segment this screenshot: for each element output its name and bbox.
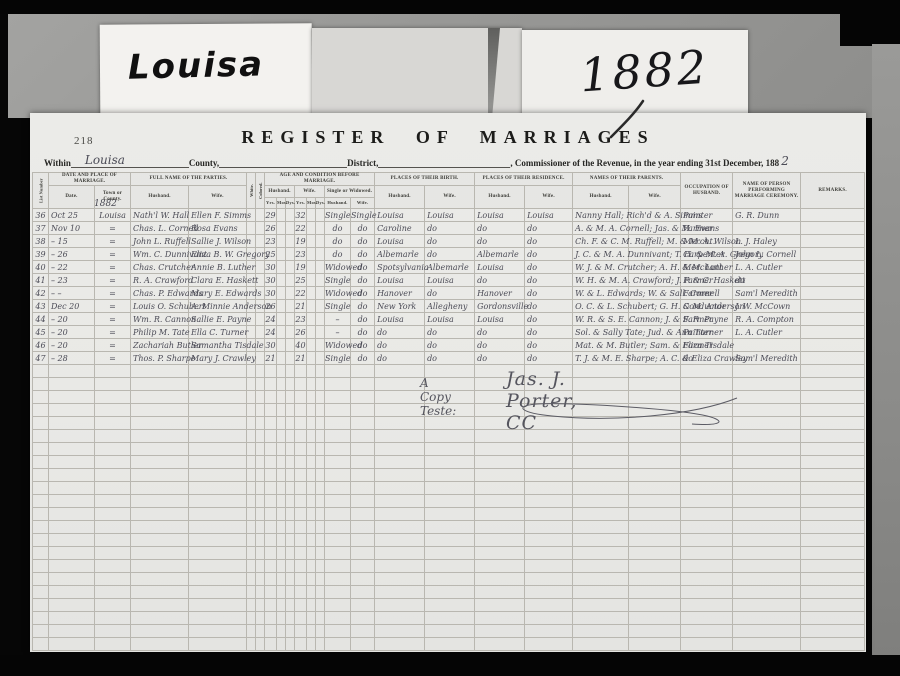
wife-age-dys [316, 274, 325, 287]
empty-cell [681, 534, 733, 547]
table-row: 44– 20=Wm. R. CannonSallie E. Payne2423–… [33, 313, 865, 326]
empty-cell [33, 365, 49, 378]
empty-cell [286, 378, 295, 391]
empty-cell [256, 469, 265, 482]
empty-row [33, 638, 865, 651]
empty-cell [801, 456, 865, 469]
col-birth-husband: Husband. [375, 186, 425, 209]
empty-cell [49, 443, 95, 456]
empty-cell [316, 482, 325, 495]
empty-row [33, 443, 865, 456]
empty-cell [801, 430, 865, 443]
empty-cell [265, 391, 277, 404]
empty-cell [525, 638, 573, 651]
empty-cell [33, 495, 49, 508]
empty-cell [573, 586, 629, 599]
empty-cell [286, 417, 295, 430]
minister-name: R. A. Compton [733, 313, 801, 326]
empty-cell [425, 612, 475, 625]
empty-cell [286, 391, 295, 404]
empty-cell [316, 469, 325, 482]
empty-cell [801, 534, 865, 547]
empty-cell [733, 456, 801, 469]
wife-age-yrs: 22 [295, 287, 307, 300]
empty-cell [351, 482, 375, 495]
empty-cell [131, 404, 189, 417]
empty-cell [307, 534, 316, 547]
empty-cell [265, 599, 277, 612]
empty-cell [681, 599, 733, 612]
empty-cell [801, 378, 865, 391]
empty-cell [801, 417, 865, 430]
wife-residence: do [525, 287, 573, 300]
col-occupation: OCCUPATION OF HUSBAND. [681, 173, 733, 209]
empty-cell [49, 586, 95, 599]
within-label: Within [44, 158, 71, 168]
empty-cell [316, 560, 325, 573]
husband-occupation: Farmer [681, 287, 733, 300]
film-bottom-border [0, 655, 900, 676]
husband-birthplace: New York [375, 300, 425, 313]
empty-cell [801, 612, 865, 625]
minister-name: Sam'l Meredith [733, 287, 801, 300]
husband-condition: do [325, 248, 351, 261]
empty-cell [295, 573, 307, 586]
empty-cell [801, 365, 865, 378]
empty-cell [351, 534, 375, 547]
empty-cell [277, 378, 286, 391]
empty-row [33, 560, 865, 573]
row-number: 45 [33, 326, 49, 339]
empty-cell [256, 417, 265, 430]
empty-cell [256, 495, 265, 508]
empty-cell [247, 482, 256, 495]
film-right-edge [872, 44, 900, 656]
husband-age-dys [286, 235, 295, 248]
empty-cell [525, 456, 573, 469]
col-sw-wife: Wife. [351, 198, 375, 209]
husband-residence: do [475, 274, 525, 287]
empty-cell [325, 391, 351, 404]
husband-name: Chas. L. Cornell [131, 222, 189, 235]
empty-cell [33, 573, 49, 586]
empty-cell [95, 599, 131, 612]
husband-name: Thos. P. Sharpe [131, 352, 189, 365]
empty-cell [525, 625, 573, 638]
empty-cell [375, 560, 425, 573]
husband-name: Louis O. Schubert [131, 300, 189, 313]
marriage-date: – 26 [49, 248, 95, 261]
county-label: County, [189, 158, 219, 168]
empty-cell [425, 417, 475, 430]
remarks [801, 222, 865, 235]
empty-cell [681, 586, 733, 599]
empty-cell [425, 482, 475, 495]
husband-condition: – [325, 326, 351, 339]
husband-condition: Single [325, 352, 351, 365]
empty-cell [629, 599, 681, 612]
empty-cell [256, 443, 265, 456]
year-label-text: 1882 [578, 40, 711, 103]
empty-cell [49, 391, 95, 404]
husband-age-yrs: 24 [265, 326, 277, 339]
empty-cell [351, 612, 375, 625]
husband-age-mos [277, 300, 286, 313]
empty-cell [629, 534, 681, 547]
empty-cell [375, 625, 425, 638]
empty-cell [189, 495, 247, 508]
empty-cell [475, 625, 525, 638]
empty-cell [316, 625, 325, 638]
wife-condition: Single [351, 209, 375, 222]
colored-mark [256, 326, 265, 339]
empty-row [33, 625, 865, 638]
husband-birthplace: Louisa [375, 209, 425, 222]
empty-cell [49, 404, 95, 417]
wife-residence: do [525, 261, 573, 274]
empty-cell [265, 586, 277, 599]
parents-names: Sol. & Sally Tate; Jud. & Ann Turner [573, 326, 629, 339]
col-wife-name: Wife. [189, 186, 247, 209]
marriage-date: – – [49, 287, 95, 300]
husband-age-mos [277, 274, 286, 287]
empty-cell [307, 469, 316, 482]
husband-birthplace: do [375, 326, 425, 339]
wife-age-mos [307, 222, 316, 235]
empty-cell [277, 573, 286, 586]
husband-name: Wm. C. Dunnivant [131, 248, 189, 261]
empty-cell [573, 365, 629, 378]
husband-name: R. A. Crawford [131, 274, 189, 287]
empty-cell [307, 417, 316, 430]
empty-cell [286, 456, 295, 469]
empty-cell [256, 482, 265, 495]
empty-cell [351, 599, 375, 612]
husband-condition: Single [325, 209, 351, 222]
empty-cell [629, 482, 681, 495]
empty-cell [351, 456, 375, 469]
wife-residence: do [525, 274, 573, 287]
empty-cell [277, 612, 286, 625]
wife-age-mos [307, 313, 316, 326]
remarks [801, 339, 865, 352]
wife-name: Sallie E. Payne [189, 313, 247, 326]
empty-cell [681, 430, 733, 443]
empty-cell [265, 612, 277, 625]
empty-cell [573, 560, 629, 573]
remarks [801, 326, 865, 339]
wife-residence: do [525, 326, 573, 339]
empty-row [33, 547, 865, 560]
empty-cell [375, 547, 425, 560]
empty-cell [265, 404, 277, 417]
remarks [801, 261, 865, 274]
empty-row [33, 534, 865, 547]
wife-name: A. Minnie Anderson [189, 300, 247, 313]
empty-cell [247, 599, 256, 612]
husband-occupation: Painter [681, 326, 733, 339]
marriage-place: Louisa [95, 209, 131, 222]
empty-cell [256, 365, 265, 378]
empty-cell [475, 495, 525, 508]
empty-cell [325, 365, 351, 378]
wife-age-dys [316, 261, 325, 274]
row-number: 44 [33, 313, 49, 326]
county-blank: Louisa [71, 155, 189, 168]
wife-age-yrs: 23 [295, 248, 307, 261]
empty-cell [95, 638, 131, 651]
empty-cell [277, 404, 286, 417]
empty-cell [33, 404, 49, 417]
empty-cell [801, 560, 865, 573]
empty-cell [325, 456, 351, 469]
empty-cell [573, 443, 629, 456]
husband-age-dys [286, 313, 295, 326]
empty-cell [733, 417, 801, 430]
col-group-parents: NAMES OF THEIR PARENTS. [573, 173, 681, 186]
empty-cell [801, 547, 865, 560]
empty-cell [525, 482, 573, 495]
husband-name: John L. Ruffell [131, 235, 189, 248]
empty-cell [316, 573, 325, 586]
minister-name [733, 339, 801, 352]
empty-cell [316, 599, 325, 612]
husband-birthplace: Albemarle [375, 248, 425, 261]
empty-cell [189, 469, 247, 482]
empty-cell [573, 599, 629, 612]
minister-name: John L. Cornell [733, 248, 801, 261]
empty-cell [316, 443, 325, 456]
wife-age-mos [307, 287, 316, 300]
empty-cell [95, 547, 131, 560]
marriage-place: = [95, 248, 131, 261]
wife-age-yrs: 21 [295, 352, 307, 365]
empty-cell [351, 391, 375, 404]
empty-cell [295, 508, 307, 521]
husband-birthplace: do [375, 339, 425, 352]
empty-cell [295, 456, 307, 469]
husband-age-yrs: 25 [265, 248, 277, 261]
table-row: 47– 28=Thos. P. SharpeMary J. Crawley212… [33, 352, 865, 365]
wife-age-yrs: 32 [295, 209, 307, 222]
empty-cell [351, 495, 375, 508]
empty-cell [801, 495, 865, 508]
empty-cell [265, 443, 277, 456]
empty-cell [33, 599, 49, 612]
empty-cell [525, 534, 573, 547]
empty-cell [49, 482, 95, 495]
empty-cell [351, 443, 375, 456]
empty-cell [681, 365, 733, 378]
empty-cell [375, 495, 425, 508]
empty-cell [286, 547, 295, 560]
empty-cell [681, 482, 733, 495]
empty-cell [375, 417, 425, 430]
empty-cell [629, 586, 681, 599]
wife-age-dys [316, 326, 325, 339]
parents-names: O. C. & L. Schubert; G. H. & M. Anderson [573, 300, 629, 313]
wife-age-mos [307, 300, 316, 313]
wife-birthplace: do [425, 235, 475, 248]
empty-cell [425, 430, 475, 443]
empty-cell [316, 521, 325, 534]
empty-cell [277, 586, 286, 599]
empty-cell [295, 469, 307, 482]
empty-cell [733, 443, 801, 456]
husband-residence: Louisa [475, 209, 525, 222]
empty-cell [295, 482, 307, 495]
empty-cell [351, 586, 375, 599]
col-colored: Colored. [256, 173, 265, 209]
empty-cell [375, 404, 425, 417]
empty-cell [375, 443, 425, 456]
empty-cell [375, 586, 425, 599]
empty-cell [247, 378, 256, 391]
empty-cell [573, 469, 629, 482]
empty-cell [256, 534, 265, 547]
empty-cell [277, 521, 286, 534]
empty-cell [295, 521, 307, 534]
empty-cell [307, 586, 316, 599]
empty-cell [425, 638, 475, 651]
empty-cell [375, 638, 425, 651]
wife-condition: do [351, 248, 375, 261]
husband-name: Philip M. Tate [131, 326, 189, 339]
empty-row [33, 573, 865, 586]
empty-cell [189, 547, 247, 560]
empty-cell [33, 443, 49, 456]
empty-cell [525, 443, 573, 456]
empty-cell [525, 469, 573, 482]
col-group-date-place: DATE AND PLACE OF MARRIAGE. [49, 173, 131, 186]
wife-birthplace: Albemarle [425, 261, 475, 274]
wife-name: Ellen F. Simms [189, 209, 247, 222]
wife-age-dys [316, 300, 325, 313]
empty-cell [189, 365, 247, 378]
empty-cell [295, 495, 307, 508]
empty-cell [131, 482, 189, 495]
col-w-mos: Mos. [307, 198, 316, 209]
empty-cell [277, 365, 286, 378]
empty-cell [307, 612, 316, 625]
empty-cell [801, 586, 865, 599]
empty-cell [325, 378, 351, 391]
parents-names: A. & M. A. Cornell; Jas. & M. Evans [573, 222, 629, 235]
wife-age-dys [316, 209, 325, 222]
empty-cell [295, 391, 307, 404]
empty-cell [425, 456, 475, 469]
wife-residence: Louisa [525, 209, 573, 222]
marriage-date: – 28 [49, 352, 95, 365]
wife-condition: do [351, 222, 375, 235]
empty-cell [801, 469, 865, 482]
empty-cell [33, 586, 49, 599]
empty-cell [325, 638, 351, 651]
wife-age-yrs: 22 [295, 222, 307, 235]
parents-names: Mat. & M. Butler; Sam. & Eliza Tisdale [573, 339, 629, 352]
empty-cell [131, 508, 189, 521]
empty-cell [277, 534, 286, 547]
empty-row [33, 482, 865, 495]
empty-cell [351, 417, 375, 430]
empty-cell [33, 547, 49, 560]
empty-cell [189, 625, 247, 638]
empty-cell [33, 560, 49, 573]
wife-birthplace: do [425, 248, 475, 261]
empty-cell [265, 508, 277, 521]
empty-cell [33, 534, 49, 547]
row-number: 40 [33, 261, 49, 274]
empty-cell [525, 560, 573, 573]
empty-cell [733, 521, 801, 534]
wife-name: Eliza B. W. Gregory [189, 248, 247, 261]
empty-row [33, 599, 865, 612]
table-row: 45– 20=Philip M. TateElla C. Turner2426–… [33, 326, 865, 339]
col-date: Date. [49, 186, 95, 209]
empty-cell [95, 560, 131, 573]
empty-cell [189, 534, 247, 547]
husband-age-mos [277, 209, 286, 222]
empty-cell [49, 547, 95, 560]
empty-cell [307, 495, 316, 508]
husband-age-mos [277, 339, 286, 352]
col-husband-name: Husband. [131, 186, 189, 209]
empty-cell [277, 443, 286, 456]
husband-age-yrs: 30 [265, 274, 277, 287]
col-wife-age: Wife. [295, 186, 325, 198]
marriage-date: – 22 [49, 261, 95, 274]
empty-cell [95, 586, 131, 599]
empty-cell [189, 417, 247, 430]
marriage-place: = [95, 274, 131, 287]
husband-age-yrs: 21 [265, 352, 277, 365]
empty-cell [247, 547, 256, 560]
husband-name: Wm. R. Cannon [131, 313, 189, 326]
minister-name: J. W. McCown [733, 300, 801, 313]
empty-cell [189, 508, 247, 521]
empty-cell [425, 625, 475, 638]
wife-condition: do [351, 235, 375, 248]
empty-cell [131, 378, 189, 391]
empty-row [33, 430, 865, 443]
empty-cell [131, 521, 189, 534]
empty-row [33, 469, 865, 482]
empty-cell [95, 469, 131, 482]
husband-name: Chas. Crutcher [131, 261, 189, 274]
empty-cell [351, 638, 375, 651]
empty-cell [325, 534, 351, 547]
empty-cell [95, 430, 131, 443]
empty-cell [247, 508, 256, 521]
empty-cell [316, 612, 325, 625]
empty-cell [801, 482, 865, 495]
col-remarks: REMARKS. [801, 173, 865, 209]
husband-age-mos [277, 261, 286, 274]
empty-cell [295, 430, 307, 443]
empty-cell [189, 599, 247, 612]
empty-cell [189, 586, 247, 599]
marriage-date: – 20 [49, 326, 95, 339]
empty-cell [247, 625, 256, 638]
col-parents-husband: Husband. [573, 186, 629, 209]
empty-cell [307, 378, 316, 391]
empty-cell [733, 391, 801, 404]
empty-cell [295, 534, 307, 547]
empty-cell [525, 586, 573, 599]
table-header: List Number DATE AND PLACE OF MARRIAGE. … [33, 173, 865, 209]
husband-condition: do [325, 235, 351, 248]
empty-cell [95, 482, 131, 495]
